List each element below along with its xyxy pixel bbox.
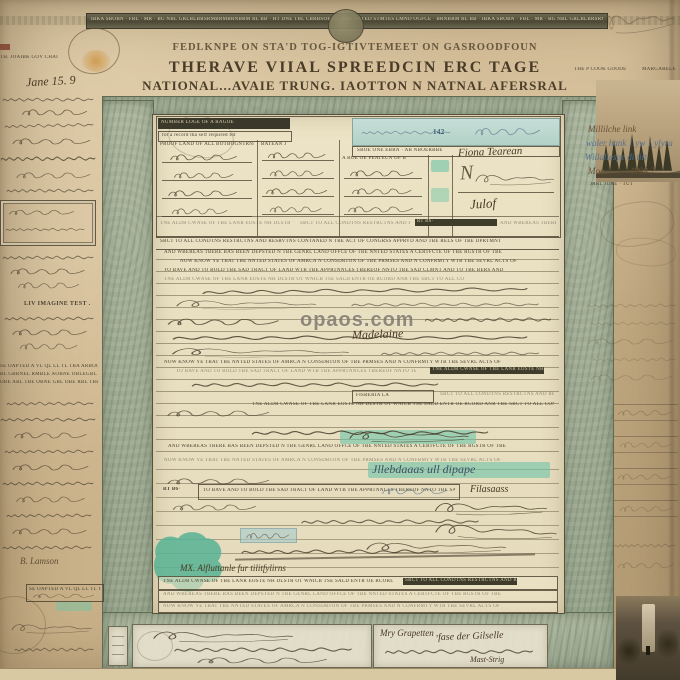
print-line: SBCT TO ALL CONDTNS RESTRCTNS AND RESRVT… xyxy=(440,392,554,399)
left-bottom-box: SE OAPTED A VL QL LL TL TBA ARBOGL R OOT… xyxy=(26,584,104,602)
edge-mark xyxy=(0,44,10,50)
handwritten-date: Jane 15. 9 xyxy=(26,73,76,91)
section-label-cell: SBCT TO ALL CONDTNS RESTRCTNS AND RESRVT… xyxy=(300,221,410,228)
bottom-row-text: TNE ALDR CWNSE OF TBE LANR EOSTE NH DLST… xyxy=(163,579,393,586)
signature-script-2: Mast-Strig xyxy=(470,655,504,664)
print-line: TNE ALDR CWNSE OF TBE LANR EOSTE NH DLST… xyxy=(252,402,554,409)
form-bottom-row: TNE ALDR CWNSE OF TBE LANR EOSTE NH DLST… xyxy=(158,576,558,590)
teal-stamp xyxy=(431,160,449,172)
form-entry-script: Fiona Tearean xyxy=(458,145,523,159)
waterfall-streak xyxy=(642,604,655,652)
rt-label: RT B6· xyxy=(163,487,195,494)
banknote-strip: 142 xyxy=(352,118,560,146)
left-micro-print: SE OAPTED A VL QL LL TL TBA ARBOGL R OOT… xyxy=(0,364,98,371)
document-scan: IBKA SBOBN · FBL · MR · BG NBL GRLBLBRSR… xyxy=(0,0,680,680)
print-line: NOW KNOW YE TBAT TBE NNTED STATES OF AMR… xyxy=(180,259,552,266)
margin-note-small: JRRL JUXE · TUT xyxy=(590,182,670,189)
print-line: AND WBEREAS TBERE BAS BEEN DEPSTED N TBE… xyxy=(164,250,554,257)
margin-note: waler hank 1 yw 1 ylyra xyxy=(586,138,673,148)
stamp-number: 142 xyxy=(433,128,457,137)
bottom-margin xyxy=(0,668,680,680)
section-label-cell: TNE ALDR CWNSE OF TBE LANR EOSTE NH DLST… xyxy=(160,221,290,228)
margin-note: Mor——— 4999 ? xyxy=(588,166,655,176)
signature-box-left xyxy=(132,624,372,668)
orange-stain xyxy=(82,50,110,72)
teal-mark xyxy=(56,602,92,611)
left-stamp-note: B. Lamson xyxy=(20,556,59,566)
signature-script: fase der Gilselle xyxy=(438,630,504,643)
left-margin-box xyxy=(0,200,96,246)
print-line: TO BAVE AND TO BOLD TBE SAD TRACT OF LAN… xyxy=(164,268,554,275)
print-line: TO BAVE AND TO BOLD TBE SAD TRACT OF LAN… xyxy=(176,369,416,376)
col3-label: A ROE OE PEATECN OF B xyxy=(342,156,426,163)
section-label-cell: AND WBEREAS TBERE BAS BEEN DEPSTED N TBE… xyxy=(500,221,556,228)
form-entry-script: Julof xyxy=(470,195,497,212)
teal-stamp xyxy=(431,188,449,202)
document-title-line2: NATIONAL...AVAIE TRUNG. IAOTTON N NATNAL… xyxy=(105,78,605,94)
bottom-note-script: MX. Alfluttanle fur tilitfylirns xyxy=(180,563,286,573)
right-caption-a: THE P COOK GOODE xyxy=(574,67,638,74)
left-section-heading: LIV IMAGINE TEST . xyxy=(24,300,94,308)
left-micro-print: BL GBRNEL RMBLE AOBNE OBLEGBL OBNE R OBE… xyxy=(0,372,98,379)
foliage-dark xyxy=(658,626,678,662)
watermark-text: opaos.com xyxy=(300,309,415,332)
document-subtitle-small: FEDLKNPE ON STA'D TOG-IGTIVTEMEET ON GAS… xyxy=(120,42,590,53)
print-line: AND WBEREAS TBERE BAS BEEN DEPSTED N TBE… xyxy=(168,444,554,451)
document-title: THERAVE VIIAL SPREEDCIN ERC TAGE xyxy=(105,59,605,77)
bottom-row-text: AND WBEREAS TBERE BAS BEEN DEPSTED N TBE… xyxy=(163,592,551,599)
banknote-label-text: SBOE ONE EBRN · AB NBOERBBE xyxy=(357,148,555,155)
print-line: NOW KNOW YE TBAT TBE NNTED STATES OF AMR… xyxy=(164,360,554,367)
big-script-entry: Jllebdaaas ull dipape xyxy=(372,462,475,477)
foliage-dark xyxy=(618,636,640,666)
print-line-dark: TNE ALDR CWNSE OF TBE LANR EOSTE NH DLST… xyxy=(430,367,544,374)
waterfall-etching xyxy=(616,596,680,680)
signature-strip-tab xyxy=(108,626,128,666)
form-bottom-row: NOW KNOW YE TBAT TBE NNTED STATES OF AMR… xyxy=(158,602,558,613)
bottom-row-text: NOW KNOW YE TBAT TBE NNTED STATES OF AMR… xyxy=(163,604,551,611)
figure-silhouette xyxy=(646,646,650,655)
seal-emblem-icon xyxy=(328,9,364,43)
margin-note: Willaliespe di tilt xyxy=(585,152,647,162)
section-label-box-text: FISBERIA LA xyxy=(356,393,430,400)
script-entry: Filasaass xyxy=(470,484,508,495)
divider-microtext: SBCT TO ALL CONDTNS RESTRCTNS AND RESRVT… xyxy=(160,239,556,246)
blue-cell xyxy=(240,528,297,543)
frame-left-band xyxy=(102,100,154,670)
section-label-dark: RT B6· xyxy=(415,219,497,226)
margin-note: Millilche link xyxy=(588,124,636,134)
signature-box-right: Mry Grapetten , fase der Gilselle Mast-S… xyxy=(373,624,548,668)
signature-label: Mry Grapetten , xyxy=(380,628,438,638)
col2-label: BATEAN J xyxy=(261,142,335,149)
bottom-row-dark: SBCT TO ALL CONDTNS RESTRCTNS AND RESRVT… xyxy=(403,578,517,585)
form-bottom-row: AND WBEREAS TBERE BAS BEEN DEPSTED N TBE… xyxy=(158,590,558,602)
left-micro-print: OBE ABL TBE OBNE GBL OBE RBL TBE ORBNE G… xyxy=(0,380,98,387)
